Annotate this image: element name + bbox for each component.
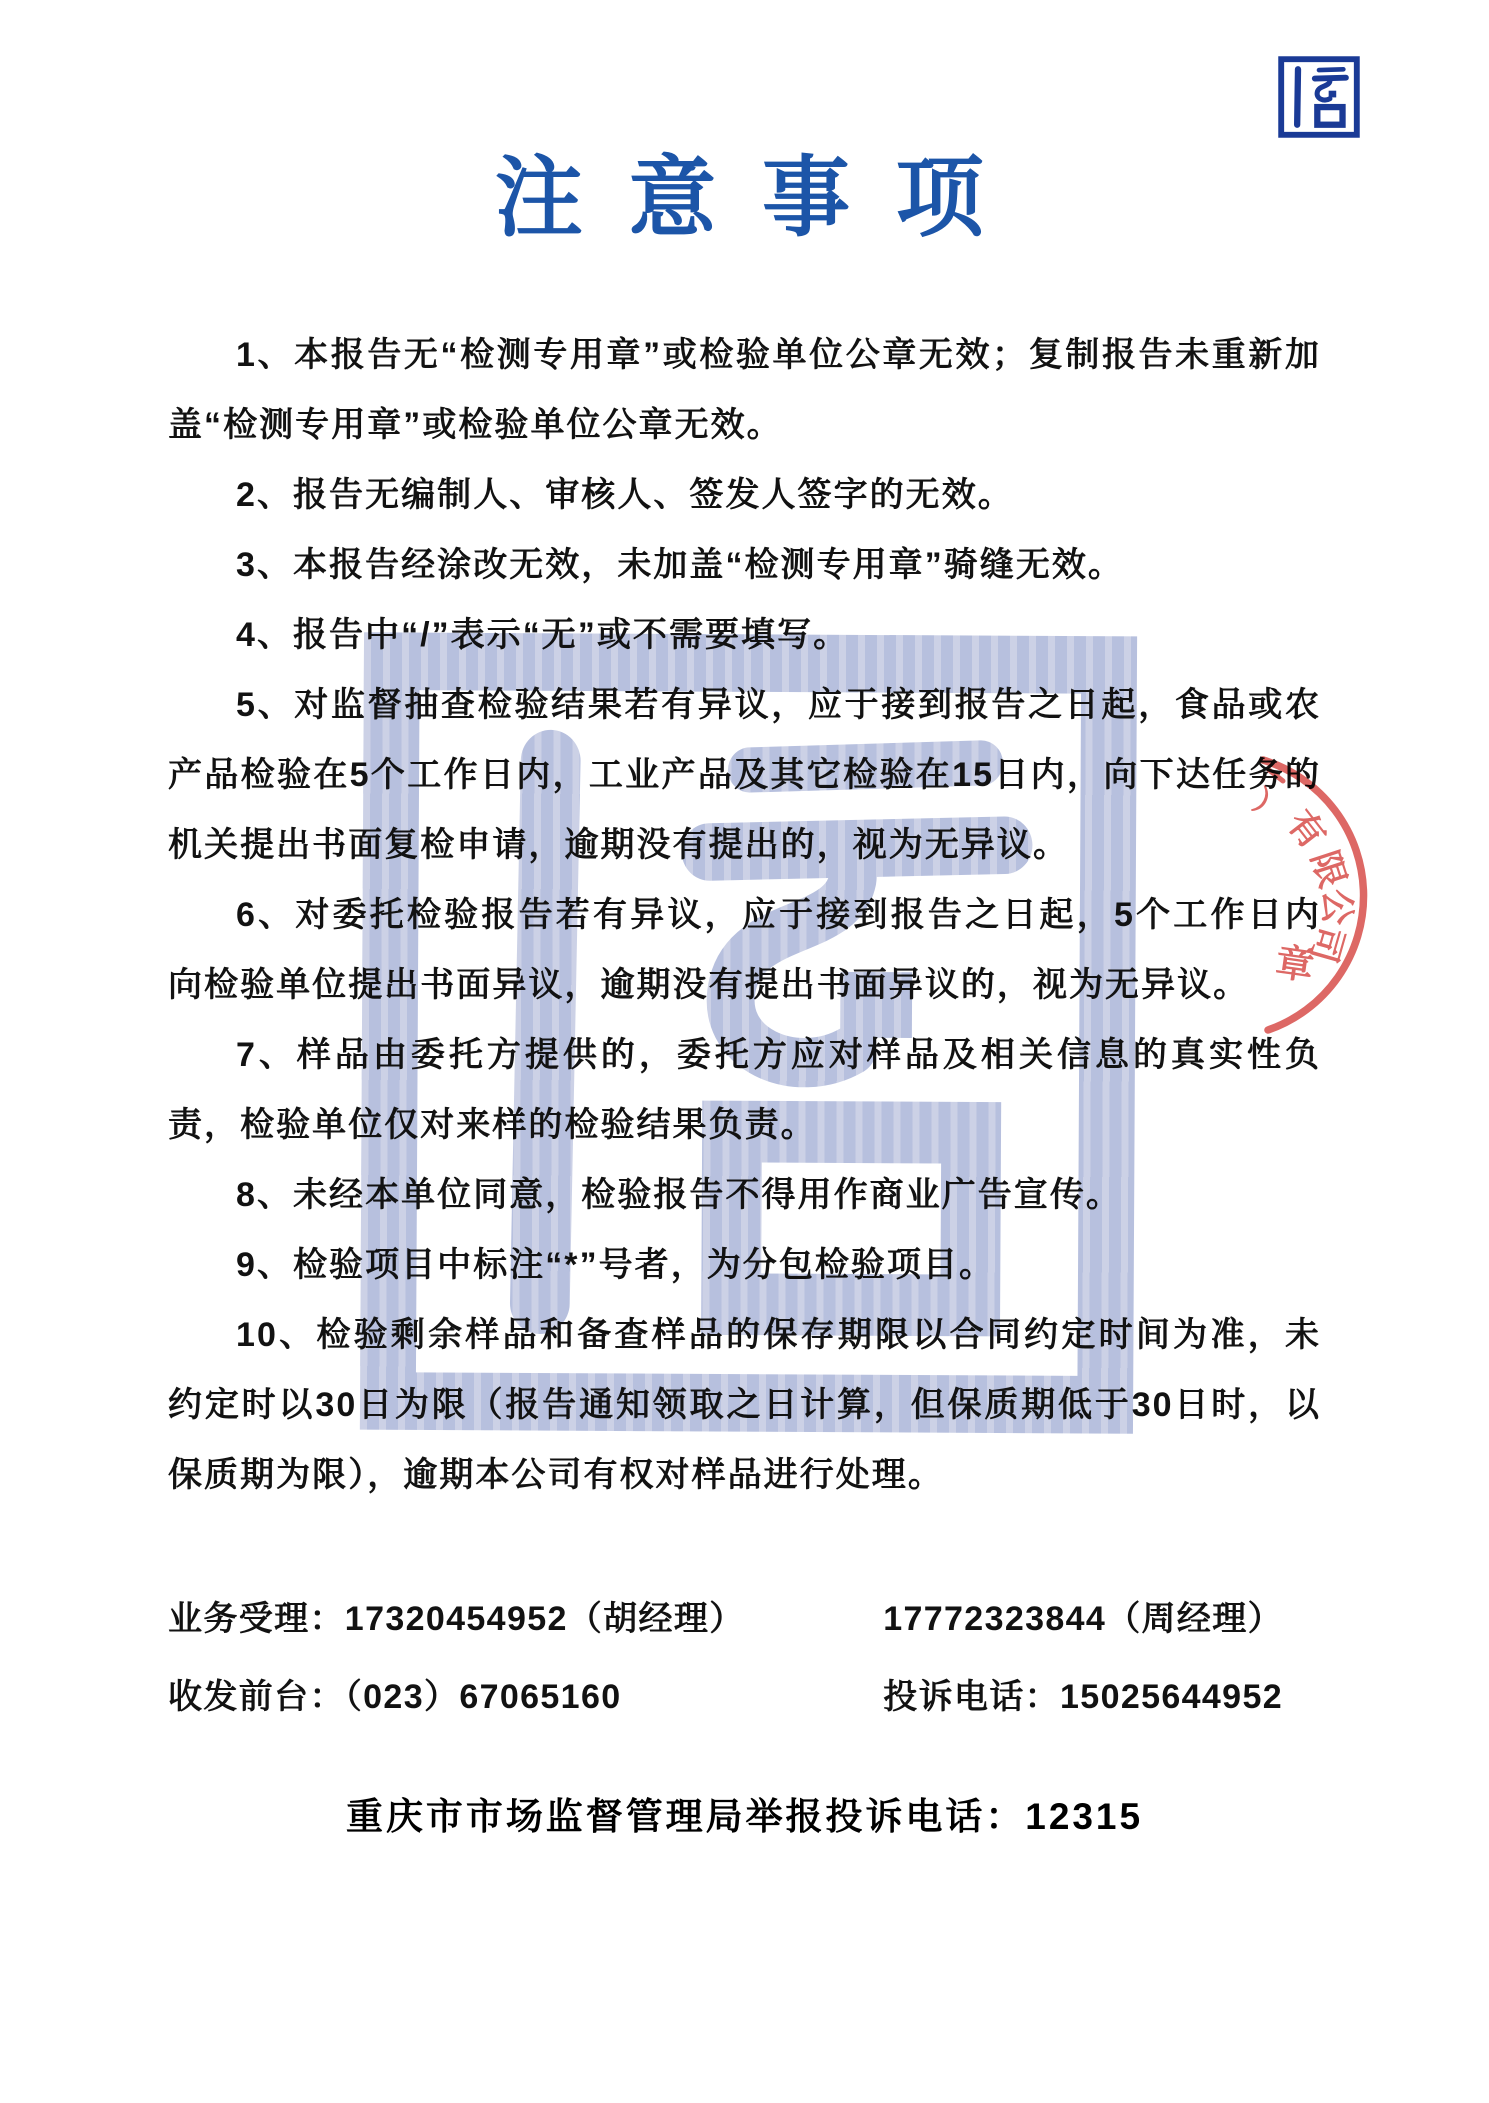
note-item-2: 2、报告无编制人、审核人、签发人签字的无效。 bbox=[168, 460, 1321, 530]
stamp-fragment-char: ） bbox=[1248, 784, 1290, 827]
front-desk-phone: 收发前台：（023）67065160 bbox=[168, 1658, 621, 1736]
note-item-9: 9、检验项目中标注“*”号者，为分包检验项目。 bbox=[168, 1230, 1321, 1300]
stamp-bottom-char: 章 bbox=[1273, 941, 1317, 989]
contact-info: 业务受理：17320454952（胡经理） 17772323844（周经理） 收… bbox=[168, 1580, 1321, 1736]
market-regulator-hotline: 重庆市市场监督管理局举报投诉电话：12315 bbox=[168, 1792, 1321, 1842]
complaint-phone: 投诉电话：15025644952 bbox=[883, 1658, 1283, 1736]
stamp-char: 限 bbox=[1304, 846, 1354, 893]
note-item-1: 1、本报告无“检测专用章”或检验单位公章无效；复制报告未重新加盖“检测专用章”或… bbox=[168, 320, 1321, 460]
page-title: 注 意 事 项 bbox=[168, 148, 1321, 248]
contact-row-2: 收发前台：（023）67065160 投诉电话：15025644952 bbox=[168, 1658, 1321, 1736]
business-phone-zhou: 17772323844（周经理） bbox=[883, 1580, 1283, 1658]
company-seal-icon bbox=[1277, 55, 1361, 139]
note-item-10: 10、检验剩余样品和备查样品的保存期限以合同约定时间为准，未约定时以30日为限（… bbox=[168, 1300, 1321, 1510]
stamp-char: 公 bbox=[1317, 889, 1358, 925]
note-item-3: 3、本报告经涂改无效，未加盖“检测专用章”骑缝无效。 bbox=[168, 530, 1321, 600]
contact-row-1: 业务受理：17320454952（胡经理） 17772323844（周经理） bbox=[168, 1580, 1321, 1658]
stamp-char: 有 bbox=[1280, 802, 1334, 856]
red-company-stamp-icon: ） 有 限 公 司 章 bbox=[1065, 745, 1375, 1055]
note-item-8: 8、未经本单位同意，检验报告不得用作商业广告宣传。 bbox=[168, 1160, 1321, 1230]
business-phone-hu: 业务受理：17320454952（胡经理） bbox=[168, 1580, 745, 1658]
notice-page: ） 有 限 公 司 章 注 意 事 项 1、本报告无“检测专用章”或检验单位公章… bbox=[0, 0, 1489, 2103]
note-item-4: 4、报告中“/”表示“无”或不需要填写。 bbox=[168, 600, 1321, 670]
